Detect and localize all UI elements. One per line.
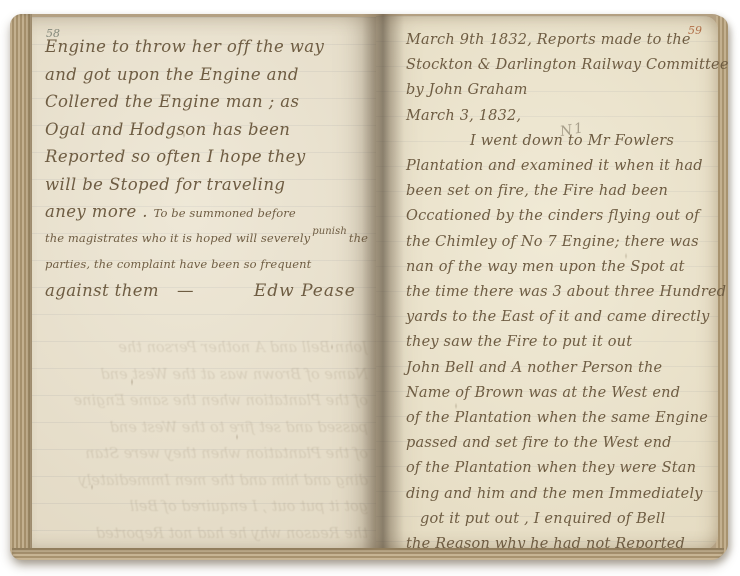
stacked-page-edges-left xyxy=(10,14,32,560)
manuscript-line: passed and set fire to the West end xyxy=(406,431,708,456)
ghost-line: Name of Brown was at the West end xyxy=(40,362,368,389)
manuscript-line: nan of the way men upon the Spot at xyxy=(406,255,708,280)
manuscript-line: ding and him and the men Immediately xyxy=(406,482,708,507)
manuscript-line: the magistrates who it is hoped will sev… xyxy=(45,226,370,252)
right-page-text: March 9th 1832, Reports made to the Stoc… xyxy=(406,28,708,557)
manuscript-line: they saw the Fire to put it out xyxy=(406,330,708,355)
manuscript-line: yards to the East of it and came directl… xyxy=(406,305,708,330)
ghost-line: John Bell and A nother Person the xyxy=(40,335,368,362)
ink-showthrough-ghost-text: John Bell and A nother Person the Name o… xyxy=(40,335,368,550)
manuscript-line: and got upon the Engine and xyxy=(45,61,370,89)
manuscript-line: parties, the complaint have been so freq… xyxy=(45,252,370,277)
stacked-page-edges-bottom xyxy=(12,548,724,560)
ghost-line: the Reason why he had not Reported xyxy=(40,521,368,548)
manuscript-line: Occationed by the cinders flying out of xyxy=(406,204,708,229)
manuscript-line: got it put out , I enquired of Bell xyxy=(406,507,708,532)
ghost-line: got it put out , I enquired of Bell xyxy=(40,494,368,521)
manuscript-line: Name of Brown was at the West end xyxy=(406,381,708,406)
closing-dash: — xyxy=(177,277,194,305)
manuscript-line: John Bell and A nother Person the xyxy=(406,356,708,381)
manuscript-line-fragment-small: To be summoned before xyxy=(154,206,296,220)
left-page-text: Engine to throw her off the way and got … xyxy=(45,33,370,306)
signature: Edw Pease xyxy=(254,278,356,306)
manuscript-heading-line: Stockton & Darlington Railway Committee xyxy=(406,53,708,78)
manuscript-book: 58 Engine to throw her off the way and g… xyxy=(10,14,728,560)
manuscript-line: of the Plantation when they were Stan xyxy=(406,456,708,481)
manuscript-line: Engine to throw her off the way xyxy=(45,33,370,61)
line-fragment: the magistrates who it is hoped will sev… xyxy=(45,231,310,245)
manuscript-heading-line: March 9th 1832, Reports made to the xyxy=(406,28,708,53)
ghost-line: ding and him and the men Immediately xyxy=(40,468,368,495)
inserted-word: punish xyxy=(312,226,347,237)
manuscript-line: will be Stoped for traveling xyxy=(45,171,370,199)
line-fragment: the xyxy=(349,231,368,245)
manuscript-line: Reported so often I hope they xyxy=(45,143,370,171)
ghost-line: of the Plantation when they were Stan xyxy=(40,441,368,468)
ghost-line: of the Plantation when the same Engine xyxy=(40,388,368,415)
manuscript-line: the time there was 3 about three Hundred xyxy=(406,280,708,305)
closing-text: against them xyxy=(45,277,159,305)
manuscript-line: been set on fire, the Fire had been xyxy=(406,179,708,204)
manuscript-line-fragment: aney more . xyxy=(45,202,148,221)
left-page: 58 Engine to throw her off the way and g… xyxy=(32,17,376,552)
manuscript-line: aney more . To be summoned before xyxy=(45,198,370,226)
right-page: 59 N1 March 9th 1832, Reports made to th… xyxy=(376,16,718,550)
closing-line: against them — Edw Pease xyxy=(45,277,370,306)
manuscript-line: Collered the Engine man ; as xyxy=(45,88,370,116)
manuscript-line: the Chimley of No 7 Engine; there was xyxy=(406,230,708,255)
manuscript-line: Ogal and Hodgson has been xyxy=(45,116,370,144)
manuscript-line: of the Plantation when the same Engine xyxy=(406,406,708,431)
ghost-line: passed and set fire to the West end xyxy=(40,415,368,442)
manuscript-line: I went down to Mr Fowlers xyxy=(406,129,708,154)
date-line: March 3, 1832, xyxy=(406,104,708,129)
manuscript-heading-line: by John Graham xyxy=(406,78,708,103)
manuscript-line: Plantation and examined it when it had xyxy=(406,154,708,179)
